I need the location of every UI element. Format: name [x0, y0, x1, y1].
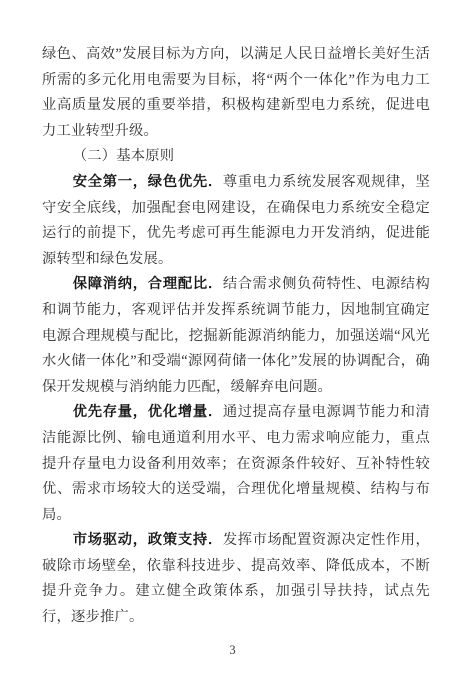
paragraph-text: 结合需求侧负荷特性、电源结构和调节能力，客观评估并发挥系统调节能力，因地制宜确定…	[42, 276, 430, 394]
paragraph-market-driven: 市场驱动，政策支持．发挥市场配置资源决定性作用，破除市场壁垒，依靠科技进步、提高…	[42, 528, 430, 630]
paragraph-text: 通过提高存量电源调节能力和清洁能源比例、输电通道利用水平、电力需求响应能力，重点…	[42, 404, 430, 522]
paragraph-lead: 市场驱动，政策支持．	[73, 532, 223, 548]
heading-text: （二）基本原则	[73, 148, 174, 164]
document-page: 绿色、高效”发展目标为方向，以满足人民日益增长美好生活所需的多元化用电需要为目标…	[0, 0, 465, 694]
document-body: 绿色、高效”发展目标为方向，以满足人民日益增长美好生活所需的多元化用电需要为目标…	[42, 42, 430, 631]
paragraph-lead: 保障消纳，合理配比．	[73, 276, 223, 292]
paragraph-guarantee-absorption: 保障消纳，合理配比．结合需求侧负荷特性、电源结构和调节能力，客观评估并发挥系统调…	[42, 272, 430, 400]
page-number: 3	[0, 643, 465, 658]
paragraph-lead: 优先存量，优化增量．	[73, 404, 223, 420]
paragraph-safety-first: 安全第一，绿色优先．尊重电力系统发展客观规律，坚守安全底线，加强配套电网建设，在…	[42, 170, 430, 272]
section-heading-basic-principles: （二）基本原则	[42, 144, 430, 170]
paragraph-goal-continuation: 绿色、高效”发展目标为方向，以满足人民日益增长美好生活所需的多元化用电需要为目标…	[42, 42, 430, 144]
paragraph-lead: 安全第一，绿色优先．	[73, 174, 223, 190]
paragraph-prioritize-stock: 优先存量，优化增量．通过提高存量电源调节能力和清洁能源比例、输电通道利用水平、电…	[42, 400, 430, 528]
paragraph-text: 绿色、高效”发展目标为方向，以满足人民日益增长美好生活所需的多元化用电需要为目标…	[42, 46, 430, 139]
